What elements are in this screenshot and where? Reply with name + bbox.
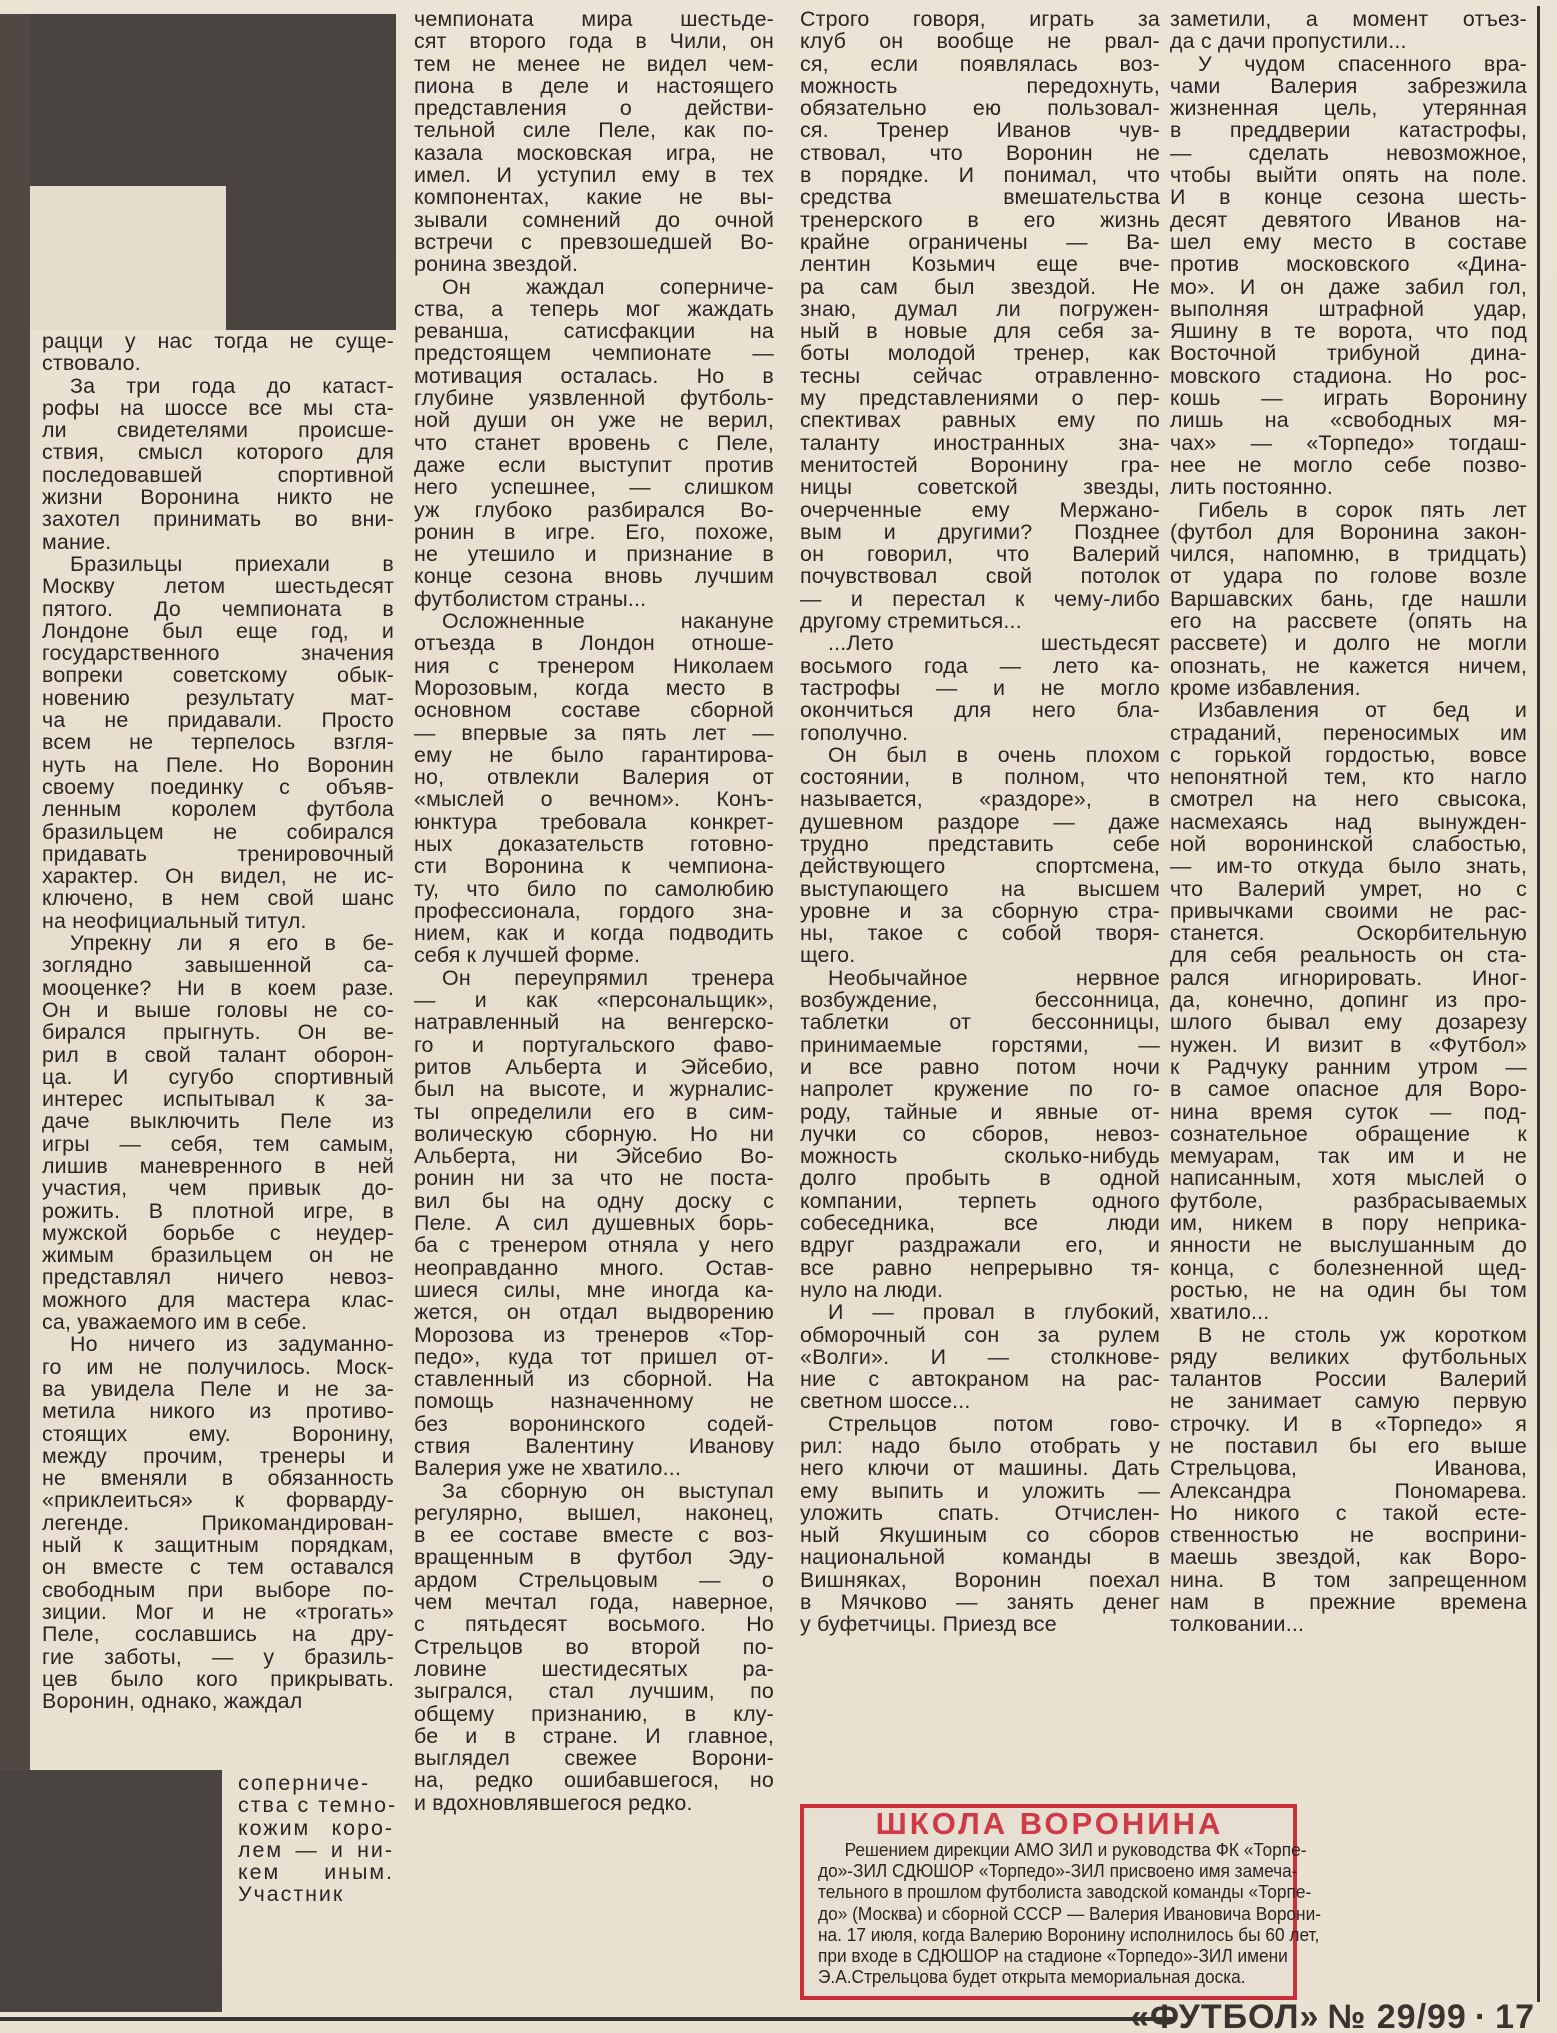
text-line: — сделать невозможное, (1170, 142, 1527, 164)
text-line: В не столь уж коротком (1170, 1324, 1527, 1346)
text-line: Стрельцова, Иванова, (1170, 1457, 1527, 1479)
text-line: нам в прежние времена (1170, 1591, 1527, 1613)
text-line: Строго говоря, играть за (800, 8, 1160, 30)
text-line: лем — и ни- (238, 1839, 394, 1861)
text-line: толковании... (1170, 1613, 1527, 1635)
text-line: национальной команды в (800, 1546, 1160, 1568)
text-line: нина время суток — под- (1170, 1101, 1527, 1123)
text-line: ся. Тренер Иванов чув- (800, 119, 1160, 141)
text-line: ца. И сугубо спортивный (42, 1066, 394, 1088)
text-line: трудно представить себе (800, 833, 1160, 855)
text-line: лучки со сборов, невоз- (800, 1123, 1160, 1145)
text-line: тельного в прошлом футболиста заводской … (818, 1882, 1284, 1903)
text-line: бе и в стране. И главное, (414, 1725, 774, 1747)
text-line: зоглядно завышенной са- (42, 954, 394, 976)
text-line: волическую сборную. Но ни (414, 1123, 774, 1145)
text-line: принимаемые горстями, — (800, 1034, 1160, 1056)
text-line: при входе в СДЮШОР на стадионе «Торпедо»… (818, 1946, 1284, 1967)
text-line: был на высоте, и журналис- (414, 1078, 774, 1100)
text-line: ницы советской звезды, (800, 476, 1160, 498)
text-line: му представлениями о пер- (800, 387, 1160, 409)
text-line: общему признанию, в клу- (414, 1703, 774, 1725)
text-line: тесны сейчас отравленно- (800, 365, 1160, 387)
text-line: написанным, хотя мыслей о (1170, 1167, 1527, 1189)
text-line: выступающего на высшем (800, 878, 1160, 900)
text-line: Решением дирекции АМО ЗИЛ и руководства … (818, 1840, 1284, 1861)
text-line: У чудом спасенного вра- (1170, 53, 1527, 75)
text-line: тастрофы — и не могло (800, 677, 1160, 699)
text-line: И в конце сезона шесть- (1170, 186, 1527, 208)
text-line: ный Якушиным со сборов (800, 1524, 1160, 1546)
text-line: ной воронинской слабостью, (1170, 833, 1527, 855)
text-line: собеседника, все люди (800, 1212, 1160, 1234)
text-line: заметили, а момент отъез- (1170, 8, 1527, 30)
text-line: ствовал, что Воронин не (800, 142, 1160, 164)
text-line: ...Лето шестьдесят (800, 632, 1160, 654)
text-line: Гибель в сорок пять лет (1170, 499, 1527, 521)
text-line: чемпионата мира шестьде- (414, 8, 774, 30)
text-line: (футбол для Воронина закон- (1170, 521, 1527, 543)
text-line: регулярно, вышел, наконец, (414, 1502, 774, 1524)
text-line: Стрельцов во второй по- (414, 1636, 774, 1658)
text-line: восьмого года — лето ка- (800, 655, 1160, 677)
text-line: привычками своими не рас- (1170, 900, 1527, 922)
text-line: — и как «персональщик», (414, 989, 774, 1011)
text-line: интерес испытывал к за- (42, 1088, 394, 1110)
text-line: непонятной тем, кто нагло (1170, 766, 1527, 788)
text-line: компонентах, какие не вы- (414, 186, 774, 208)
text-line: кроме избавления. (1170, 677, 1527, 699)
text-line: Москву летом шестьдесят (42, 575, 394, 597)
text-line: мание. (42, 531, 394, 553)
text-line: рался игнорировать. Иног- (1170, 967, 1527, 989)
text-line: ный к защитным порядкам, (42, 1534, 394, 1556)
text-line: уж глубоко разбирался Во- (414, 499, 774, 521)
text-line: с пятьдесят восьмого. Но (414, 1613, 774, 1635)
text-line: юнктура требовала конкрет- (414, 811, 774, 833)
text-line: тельной силе Пеле, как по- (414, 119, 774, 141)
text-line: Валерия уже не хватило... (414, 1457, 774, 1479)
text-line: Восточной трибуной дина- (1170, 342, 1527, 364)
text-line: игры — себя, тем самым, (42, 1133, 394, 1155)
text-line: что Валерий умрет, но с (1170, 878, 1527, 900)
text-line: выполняя штрафной удар, (1170, 298, 1527, 320)
text-line: им, никем в пору неприка- (1170, 1212, 1527, 1234)
text-line: шлого бывал ему дозарезу (1170, 1011, 1527, 1033)
text-line: опознать, не кажется ничем, (1170, 655, 1527, 677)
text-line: возбуждение, бессонница, (800, 989, 1160, 1011)
text-line: ный в новые для себя за- (800, 320, 1160, 342)
text-line: страданий, переносимых им (1170, 722, 1527, 744)
article-column-1: рацци у нас тогда не суще-ствовало.За тр… (42, 330, 394, 1712)
text-line: вым и другими? Позднее (800, 521, 1160, 543)
text-line: мооценке? Ни в коем разе. (42, 977, 394, 999)
text-line: напролет кружение по го- (800, 1078, 1160, 1100)
text-line: стоящих ему. Воронину, (42, 1423, 394, 1445)
text-line: чем мечтал года, наверное, (414, 1591, 774, 1613)
text-line: менитостей Воронину гра- (800, 454, 1160, 476)
text-line: представления о действи- (414, 97, 774, 119)
text-line: лишив маневренного в ней (42, 1155, 394, 1177)
text-line: в преддверии катастрофы, (1170, 119, 1527, 141)
text-line: зиции. Мог и не «трогать» (42, 1601, 394, 1623)
text-line: в самое опасное для Воро- (1170, 1078, 1527, 1100)
text-line: не занимает самую первую (1170, 1390, 1527, 1412)
text-line: го им не получилось. Моск- (42, 1356, 394, 1378)
text-line: «приклеиться» к форварду- (42, 1489, 394, 1511)
text-line: ронин ни за что не поста- (414, 1167, 774, 1189)
text-line: Александра Пономарева. (1170, 1480, 1527, 1502)
text-line: в Мячково — занять денег (800, 1591, 1160, 1613)
text-line: вращенным в футбол Эду- (414, 1546, 774, 1568)
text-line: действующего спортсмена, (800, 855, 1160, 877)
text-line: представлял ничего невоз- (42, 1266, 394, 1288)
text-line: конца, с болезненной щед- (1170, 1257, 1527, 1279)
text-line: вдруг раздражали его, и (800, 1234, 1160, 1256)
text-line: очерченные ему Мержано- (800, 499, 1160, 521)
text-line: цев было кого прикрывать. (42, 1668, 394, 1690)
text-line: ствия Валентину Иванову (414, 1435, 774, 1457)
text-line: Морозовым, когда место в (414, 677, 774, 699)
text-line: жизненная цель, утерянная (1170, 97, 1527, 119)
text-line: себя к лучшей форме. (414, 944, 774, 966)
text-line: маешь звездой, как Воро- (1170, 1546, 1527, 1568)
text-line: можного для мастера клас- (42, 1289, 394, 1311)
text-line: роду, тайные и явные от- (800, 1101, 1160, 1123)
text-line: кем иным. (238, 1861, 394, 1883)
text-line: — впервые за пять лет — (414, 722, 774, 744)
text-line: Упрекну ли я его в бе- (42, 932, 394, 954)
text-line: нужен. И визит в «Футбол» (1170, 1034, 1527, 1056)
text-line: натравленный на венгерско- (414, 1011, 774, 1033)
text-line: в ее составе вместе с воз- (414, 1524, 774, 1546)
article-column-1-tail: соперниче-ства с темно-кожим коро-лем — … (238, 1772, 394, 1906)
photo-inset-faded (30, 186, 226, 330)
text-line: крайне ограничены — Ва- (800, 231, 1160, 253)
text-line: Вишняках, Воронин поехал (800, 1569, 1160, 1591)
text-line: средства вмешательства (800, 186, 1160, 208)
text-line: него ключи от машины. Дать (800, 1457, 1160, 1479)
text-line: с горькой гордостью, вовсе (1170, 744, 1527, 766)
text-line: клуб он вообще не рвал- (800, 30, 1160, 52)
text-line: на неофициальный титул. (42, 910, 394, 932)
text-line: Бразильцы приехали в (42, 553, 394, 575)
text-line: обязательно ею пользовал- (800, 97, 1160, 119)
text-line: и все равно потом ночи (800, 1056, 1160, 1078)
text-line: смотрел на него свысока, (1170, 788, 1527, 810)
text-line: уровне и за сборную стра- (800, 900, 1160, 922)
text-line: называется, «раздоре», в (800, 788, 1160, 810)
text-line: уложить спать. Отчислен- (800, 1502, 1160, 1524)
text-line: ритов Альберта и Эйсебио, (414, 1056, 774, 1078)
text-line: чах» — «Торпедо» тогдаш- (1170, 432, 1527, 454)
text-line: сти Воронина к чемпиона- (414, 855, 774, 877)
text-line: ствовало. (42, 352, 394, 374)
text-line: да, конечно, допинг из про- (1170, 989, 1527, 1011)
text-line: сят второго года в Чили, он (414, 30, 774, 52)
text-line: знаю, думал ли погружен- (800, 298, 1160, 320)
text-line: ставленный из сборной. На (414, 1368, 774, 1390)
text-line: спективах равных ему по (800, 409, 1160, 431)
text-line: даче выключить Пеле из (42, 1110, 394, 1132)
text-line: между прочим, тренеры и (42, 1445, 394, 1467)
text-line: таблетки от бессонницы, (800, 1011, 1160, 1033)
text-line: рассвете) и долго не могли (1170, 632, 1527, 654)
text-line: футболе, разбрасываемых (1170, 1190, 1527, 1212)
publication-name: «ФУТБОЛ» (1130, 1998, 1319, 2033)
text-line: За сборную он выступал (414, 1480, 774, 1502)
text-line: захотел принимать во вни- (42, 508, 394, 530)
text-line: всем не терпелось взгля- (42, 731, 394, 753)
text-line: ту, что било по самолюбию (414, 878, 774, 900)
text-line: шел ему место в составе (1170, 231, 1527, 253)
issue-number: № 29/99 (1327, 1998, 1466, 2033)
text-line: него успешнее, — слишком (414, 476, 774, 498)
sidebar-box-text: Решением дирекции АМО ЗИЛ и руководства … (818, 1840, 1284, 1988)
text-line: выглядел свежее Ворони- (414, 1747, 774, 1769)
text-line: рофы на шоссе все мы ста- (42, 397, 394, 419)
text-line: лентин Козьмич еще вче- (800, 253, 1160, 275)
text-line: футболистом страны... (414, 588, 774, 610)
text-line: боты молодой тренер, как (800, 342, 1160, 364)
text-line: на, редко ошибавшегося, но (414, 1769, 774, 1791)
text-line: от удара по голове возле (1170, 565, 1527, 587)
text-line: ба с тренером отняла у него (414, 1234, 774, 1256)
text-line: рил в свой талант оборон- (42, 1044, 394, 1066)
text-line: И — провал в глубокий, (800, 1301, 1160, 1323)
text-line: пятого. До чемпионата в (42, 598, 394, 620)
text-line: насмехаясь над вынужден- (1170, 811, 1527, 833)
text-line: чился, напомню, в тридцать) (1170, 543, 1527, 565)
text-line: последовавшей спортивной (42, 464, 394, 486)
text-line: для себя реальность он ста- (1170, 944, 1527, 966)
text-line: За три года до катаст- (42, 375, 394, 397)
text-line: строчку. И в «Торпедо» я (1170, 1413, 1527, 1435)
text-line: и вдохновлявшегося редко. (414, 1792, 774, 1814)
text-line: лишь на «свободных мя- (1170, 409, 1527, 431)
text-line: нее не могло себе позво- (1170, 454, 1527, 476)
text-line: легенде. Прикомандирован- (42, 1512, 394, 1534)
text-line: без воронинского содей- (414, 1413, 774, 1435)
text-line: отъезда в Лондон отноше- (414, 632, 774, 654)
text-line: чтобы выйти опять на поле. (1170, 164, 1527, 186)
text-line: ардом Стрельцовым — о (414, 1569, 774, 1591)
text-line: до»-ЗИЛ СДЮШОР «Торпедо»-ЗИЛ присвоено и… (818, 1861, 1284, 1882)
text-line: Он и выше головы не со- (42, 999, 394, 1021)
text-line: светном шоссе... (800, 1390, 1160, 1412)
text-line: профессионала, гордого зна- (414, 900, 774, 922)
text-line: нием, как и когда подводить (414, 922, 774, 944)
text-line: Избавления от бед и (1170, 699, 1527, 721)
text-line: гополучно. (800, 722, 1160, 744)
sidebar-box-title: ШКОЛА ВОРОНИНА (818, 1808, 1281, 1840)
text-line: ной души он уже не верил, (414, 409, 774, 431)
footer-separator: · (1475, 1998, 1487, 2033)
text-line: ра сам был звездой. Не (800, 276, 1160, 298)
page-number: 17 (1495, 1998, 1535, 2033)
photo-frame-dark-bottom (0, 1770, 222, 2012)
text-line: к Радчуку ранним утром — (1170, 1056, 1527, 1078)
text-line: характер. Он видел, не ис- (42, 865, 394, 887)
text-line: ва увидела Пеле и не за- (42, 1378, 394, 1400)
text-line: ключено, в нем свой шанс (42, 887, 394, 909)
text-line: мужской борьбе с неудер- (42, 1222, 394, 1244)
text-line: ронин в игре. Его, похоже, (414, 521, 774, 543)
text-line: рил: надо было отобрать у (800, 1435, 1160, 1457)
text-line: рацци у нас тогда не суще- (42, 330, 394, 352)
text-line: Э.А.Стрельцова будет открыта мемориальна… (818, 1967, 1284, 1988)
text-line: ронина звездой. (414, 253, 774, 275)
text-line: Лондоне был еще год, и (42, 620, 394, 642)
text-line: ся, если появлялась воз- (800, 53, 1160, 75)
text-line: Он жаждал соперниче- (414, 276, 774, 298)
article-column-2: чемпионата мира шестьде-сят второго года… (414, 8, 774, 1814)
text-line: в порядке. И понимал, что (800, 164, 1160, 186)
text-line: свободным при выборе по- (42, 1579, 394, 1601)
text-line: жется, он отдал выдворению (414, 1301, 774, 1323)
text-line: нуло на люди. (800, 1279, 1160, 1301)
text-line: не вменяли в обязанность (42, 1467, 394, 1489)
text-line: кошь — играть Воронину (1170, 387, 1527, 409)
text-line: рожить. В плотной игре, в (42, 1200, 394, 1222)
article-column-3: Строго говоря, играть заклуб он вообще н… (800, 8, 1160, 1636)
text-line: предстоящем чемпионате — (414, 342, 774, 364)
text-line: другому стремиться... (800, 610, 1160, 632)
text-line: вопреки советскому обык- (42, 664, 394, 686)
text-line: его на рассвете (опять на (1170, 610, 1527, 632)
text-line: Стрельцов потом гово- (800, 1413, 1160, 1435)
text-line: против московского «Дина- (1170, 253, 1527, 275)
article-column-4: заметили, а момент отъез-да с дачи пропу… (1170, 8, 1527, 1636)
text-line: душевном раздоре — даже (800, 811, 1160, 833)
text-line: ча не придавали. Просто (42, 709, 394, 731)
text-line: Морозова из тренеров «Тор- (414, 1324, 774, 1346)
text-line: ряду великих футбольных (1170, 1346, 1527, 1368)
text-line: Участник (238, 1883, 394, 1905)
text-line: придавать тренировочный (42, 843, 394, 865)
text-line: го и португальского фаво- (414, 1034, 774, 1056)
text-line: мовского стадиона. Но рос- (1170, 365, 1527, 387)
text-line: да с дачи пропустили... (1170, 30, 1527, 52)
text-line: ние с автокраном на рас- (800, 1368, 1160, 1390)
text-line: кожим коро- (238, 1817, 394, 1839)
text-line: ростью, не на один бы том (1170, 1279, 1527, 1301)
text-line: долго пробыть в одной (800, 1167, 1160, 1189)
text-line: тем не менее не видел чем- (414, 53, 774, 75)
text-line: ны, такое с собой творя- (800, 922, 1160, 944)
text-line: можность сколько-нибудь (800, 1145, 1160, 1167)
text-line: хватило... (1170, 1301, 1527, 1323)
text-line: компании, терпеть одного (800, 1190, 1160, 1212)
text-line: мо». И он даже забил гол, (1170, 276, 1527, 298)
text-line: Варшавских бань, где нашли (1170, 588, 1527, 610)
sidebar-box-voronin-school: ШКОЛА ВОРОНИНА Решением дирекции АМО ЗИЛ… (800, 1804, 1297, 2000)
text-line: новению результату мат- (42, 687, 394, 709)
text-line: не поставил бы его выше (1170, 1435, 1527, 1457)
text-line: ния с тренером Николаем (414, 655, 774, 677)
text-line: почувствовал свой потолок (800, 565, 1160, 587)
text-line: у буфетчицы. Приезд все (800, 1613, 1160, 1635)
text-line: янности не выслушанным до (1170, 1234, 1527, 1256)
newspaper-page: рацци у нас тогда не суще-ствовало.За тр… (0, 0, 1557, 2033)
text-line: не утешило и признание в (414, 543, 774, 565)
text-line: основном составе сборной (414, 699, 774, 721)
text-line: — им-то откуда было знать, (1170, 855, 1527, 877)
text-line: ли свидетелями происше- (42, 419, 394, 441)
text-line: Яшину в те ворота, что под (1170, 320, 1527, 342)
text-line: нина. В том запрещенном (1170, 1569, 1527, 1591)
text-line: можность передохнуть, (800, 75, 1160, 97)
text-line: — и перестал к чему-либо (800, 588, 1160, 610)
text-line: встречи с превзошедшей Во- (414, 231, 774, 253)
right-margin-rule (1537, 6, 1540, 2002)
text-line: Необычайное нервное (800, 967, 1160, 989)
text-line: Осложненные накануне (414, 610, 774, 632)
text-line: ловине шестидесятых ра- (414, 1658, 774, 1680)
text-line: Но ничего из задуманно- (42, 1333, 394, 1355)
text-line: ты определили его в сим- (414, 1101, 774, 1123)
text-line: помощь назначенному не (414, 1390, 774, 1412)
text-line: нуть на Пеле. Но Воронин (42, 754, 394, 776)
text-line: лить постоянно. (1170, 476, 1527, 498)
text-line: неоправданно много. Остав- (414, 1257, 774, 1279)
text-line: но, отвлекли Валерия от (414, 766, 774, 788)
text-line: реванша, сатисфакции на (414, 320, 774, 342)
text-line: ства с темно- (238, 1794, 394, 1816)
text-line: на. 17 июля, когда Валерию Воронину испо… (818, 1925, 1284, 1946)
text-line: состоянии, в полном, что (800, 766, 1160, 788)
text-line: ему не было гарантирова- (414, 744, 774, 766)
text-line: зывали сомнений до очной (414, 209, 774, 231)
text-line: шиеся силы, мне иногда ка- (414, 1279, 774, 1301)
text-line: государственного значения (42, 642, 394, 664)
text-line: окончиться для него бла- (800, 699, 1160, 721)
text-line: гие заботы, — у бразиль- (42, 1646, 394, 1668)
text-line: Воронин, однако, жаждал (42, 1690, 394, 1712)
text-line: ства, а теперь мог жаждать (414, 298, 774, 320)
text-line: он говорил, что Валерий (800, 543, 1160, 565)
footer-rule (0, 2017, 1175, 2021)
text-line: обморочный сон за рулем (800, 1324, 1160, 1346)
text-line: до» (Москва) и сборной СССР — Валерия Ив… (818, 1904, 1284, 1925)
text-line: талантов России Валерий (1170, 1368, 1527, 1390)
text-line: Он был в очень плохом (800, 744, 1160, 766)
text-line: ных доказательств готовно- (414, 833, 774, 855)
text-line: Пеле. А сил душевных борь- (414, 1212, 774, 1234)
text-line: он вместе с тем оставался (42, 1556, 394, 1578)
text-line: Альберта, ни Эйсебио Во- (414, 1145, 774, 1167)
text-line: десят девятого Иванов на- (1170, 209, 1527, 231)
text-line: чами Валерия забрезжила (1170, 75, 1527, 97)
text-line: ленным королем футбола (42, 798, 394, 820)
text-line: щего. (800, 944, 1160, 966)
page-footer: «ФУТБОЛ»№ 29/99·17 (1122, 1998, 1535, 2033)
text-line: глубине уязвленной футболь- (414, 387, 774, 409)
text-line: мотивация осталась. Но в (414, 365, 774, 387)
text-line: зыгрался, стал лучшим, по (414, 1680, 774, 1702)
text-line: что станет вровень с Пеле, (414, 432, 774, 454)
text-line: Он переупрямил тренера (414, 967, 774, 989)
text-line: станется. Оскорбительную (1170, 922, 1527, 944)
text-line: мемуарам, так им и не (1170, 1145, 1527, 1167)
text-line: казала московская игра, не (414, 142, 774, 164)
text-line: Пеле, сославшись на дру- (42, 1623, 394, 1645)
text-line: педо», куда тот пришел от- (414, 1346, 774, 1368)
text-line: участия, чем привык до- (42, 1177, 394, 1199)
text-line: ственностью не восприни- (1170, 1524, 1527, 1546)
text-line: бирался прыгнуть. Он ве- (42, 1021, 394, 1043)
text-line: имел. И уступил ему в тех (414, 164, 774, 186)
